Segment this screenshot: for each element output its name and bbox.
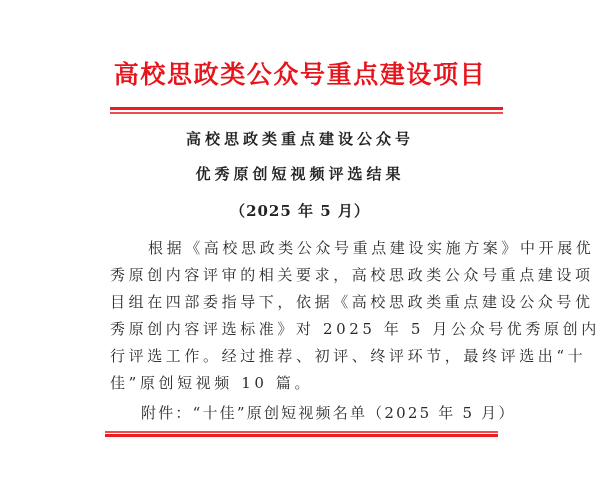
header-title: 高校思政类公众号重点建设项目 <box>0 58 600 92</box>
header-divider <box>110 107 503 114</box>
document-page: 高校思政类公众号重点建设项目 高校思政类重点建设公众号 优秀原创短视频评选结果 … <box>0 0 600 479</box>
attachment-line: 附件：“十佳”原创短视频名单（2025 年 5 月） <box>141 401 516 425</box>
divider-thick-line <box>110 107 503 110</box>
body-line-2: 秀原创内容评审的相关要求，高校思政类公众号重点建设项 <box>110 262 498 289</box>
body-paragraph: 根据《高校思政类公众号重点建设实施方案》中开展优 秀原创内容评审的相关要求，高校… <box>110 235 498 397</box>
footer-divider <box>105 431 498 438</box>
body-line-4: 秀原创内容评选标准》对 2025 年 5 月公众号优秀原创内容进 <box>110 316 498 343</box>
subtitle-date: （2025 年 5 月） <box>0 201 600 221</box>
divider-thick-line <box>105 434 498 437</box>
body-line-1: 根据《高校思政类公众号重点建设实施方案》中开展优 <box>110 235 498 262</box>
divider-thin-line <box>110 112 503 114</box>
body-line-3: 目组在四部委指导下，依据《高校思政类重点建设公众号优 <box>110 289 498 316</box>
body-line-5: 行评选工作。经过推荐、初评、终评环节，最终评选出“十 <box>110 343 498 370</box>
subtitle-line-2: 优秀原创短视频评选结果 <box>0 164 600 184</box>
subtitle-line-1: 高校思政类重点建设公众号 <box>0 129 600 149</box>
divider-thin-line <box>105 431 498 433</box>
body-line-6: 佳”原创短视频 10 篇。 <box>110 370 498 397</box>
